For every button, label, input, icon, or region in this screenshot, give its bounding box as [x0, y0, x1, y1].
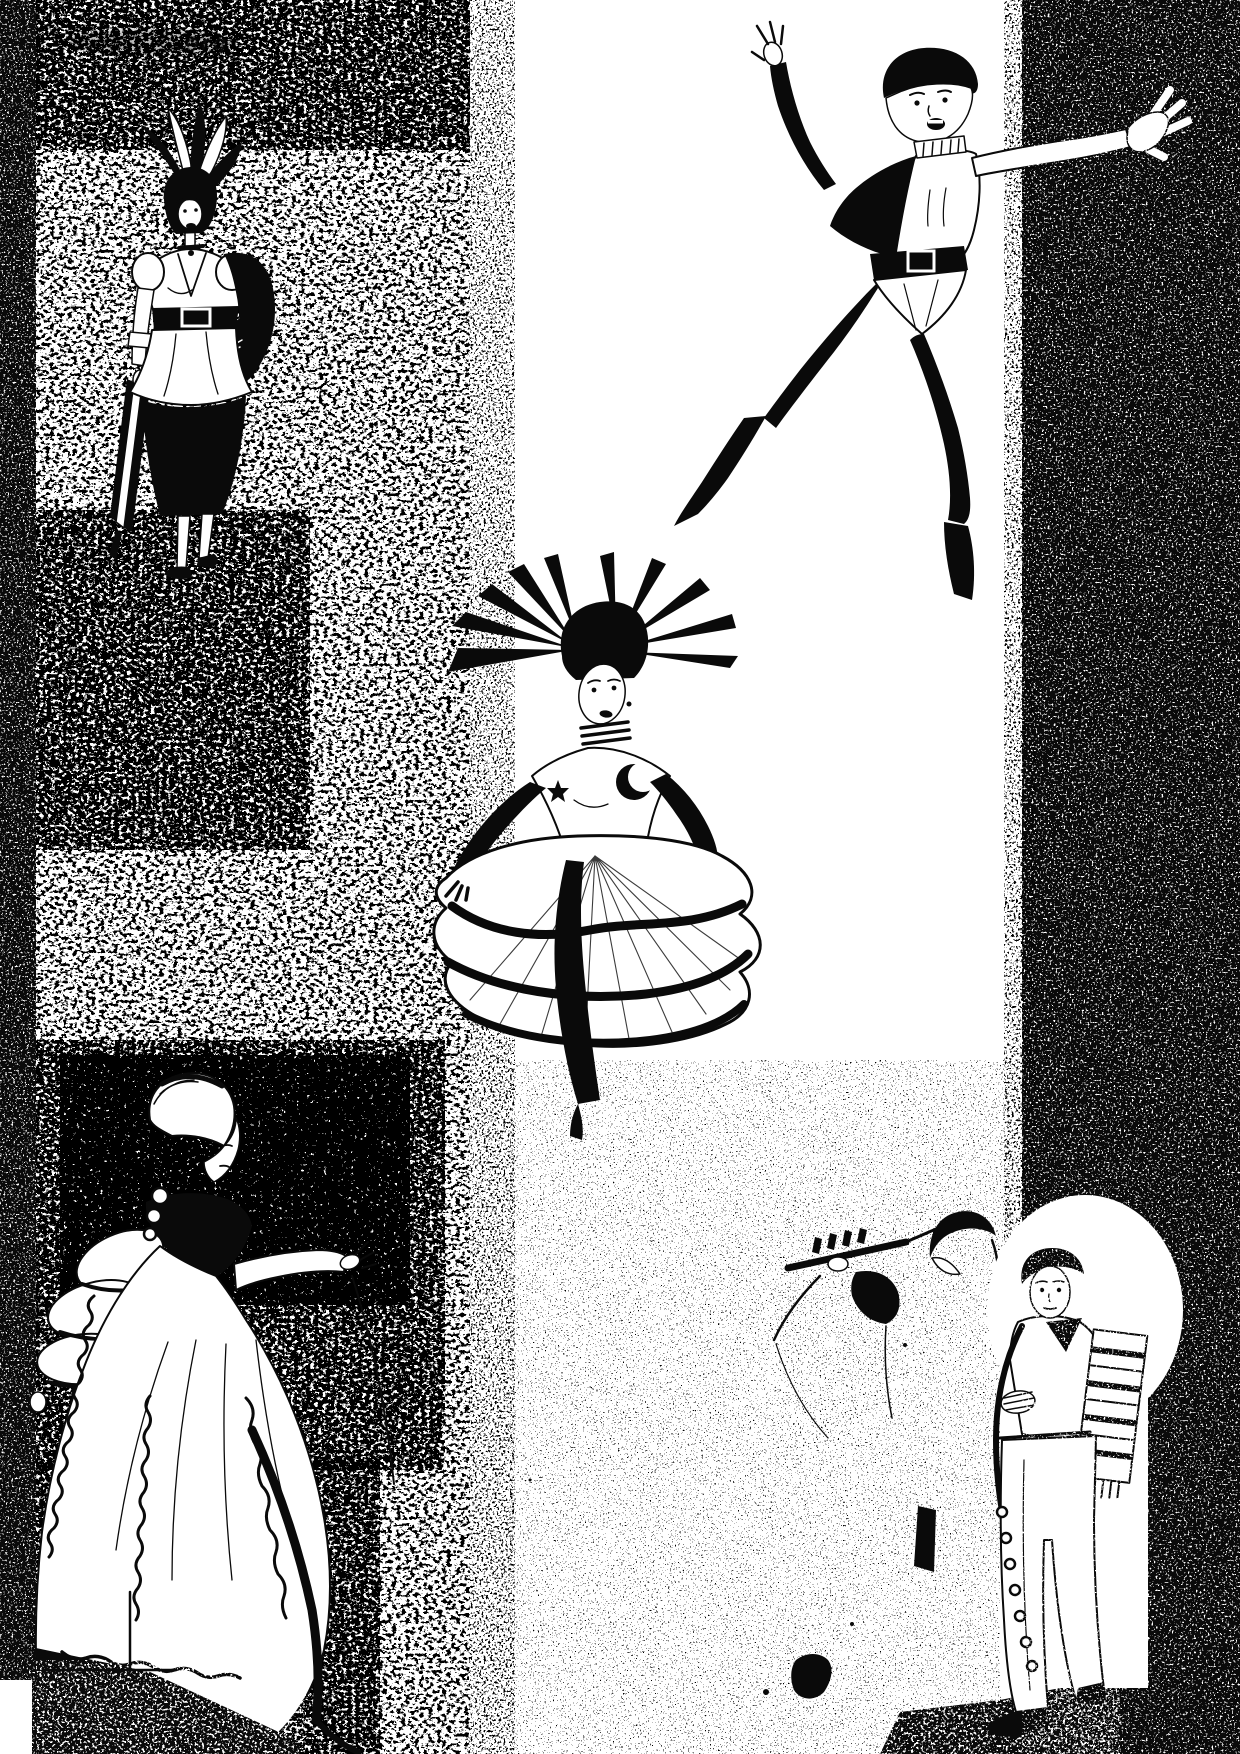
shadow-texture — [36, 1660, 306, 1754]
raised-hand — [752, 22, 785, 68]
plate-canvas: .org — [0, 0, 1240, 1754]
raised-arm — [770, 62, 836, 190]
watermark-text: .org — [176, 31, 230, 55]
neck — [185, 232, 195, 246]
left-band-dark-top — [0, 0, 470, 150]
hand — [828, 1257, 848, 1271]
earring — [627, 702, 632, 707]
left-edge-strip-texture — [0, 0, 36, 1754]
left-thigh — [764, 284, 878, 428]
left-calf-sock — [674, 416, 766, 526]
watermark: .org — [62, 29, 238, 55]
left-bottom-white-corner — [0, 1680, 32, 1754]
right-shoe — [944, 522, 974, 600]
choker-pendant — [188, 250, 194, 256]
choker — [581, 722, 630, 744]
left-band-dark-mid — [0, 510, 310, 850]
right-band-texture — [1022, 0, 1240, 1754]
choker — [179, 246, 203, 248]
scanned-illustration-page: .org — [0, 0, 1240, 1754]
left-hand — [30, 1392, 46, 1412]
belt-buckle — [182, 309, 210, 326]
trunks — [874, 270, 966, 334]
center-sparse-flecks — [510, 1060, 1010, 1754]
right-leg — [910, 334, 970, 524]
left-puff-sleeve — [132, 253, 164, 291]
